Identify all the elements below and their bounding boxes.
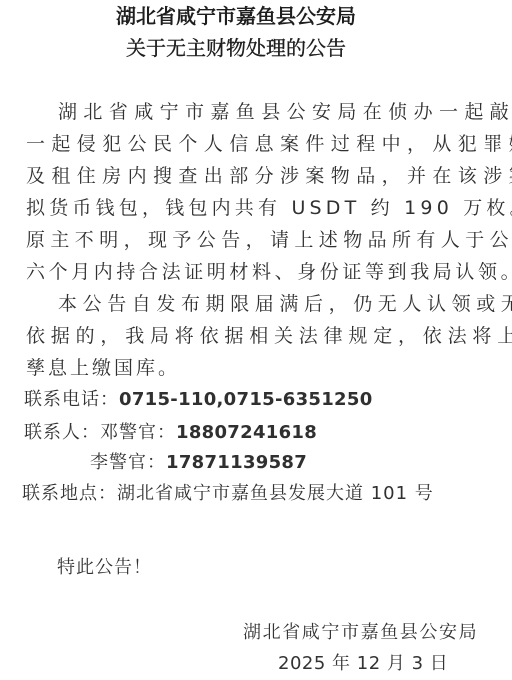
officer-phone: 18807241618 [176,422,317,443]
contact-person-2: 李警官：17871139587 [90,451,307,475]
notice-issuer-title: 湖北省咸宁市嘉鱼县公安局 [0,4,472,28]
closing-text: 特此公告！ [57,556,152,580]
paragraph-line: 原主不明，现予公告，请上述物品所有人于公告发布之日起， [26,228,512,252]
contact-address-value: 湖北省咸宁市嘉鱼县发展大道 101 号 [117,483,434,504]
officer-phone: 17871139587 [166,452,307,473]
contact-phone-value: 0715-110,0715-6351250 [119,389,373,410]
paragraph-line: 依据的，我局将依据相关法律规定，依法将上述涉案物品及 [26,324,512,348]
paragraph-line: 六个月内持合法证明材料、身份证等到我局认领。 [26,260,512,284]
paragraph-line: 湖北省咸宁市嘉鱼县公安局在侦办一起敲诈勒索案和 [58,100,512,124]
paragraph-line: 及租住房内搜查出部分涉案物品，并在该涉案物品中发现虚 [26,164,512,188]
signature-date: 2025 年 12 月 3 日 [278,652,448,676]
paragraph-line: 孳息上缴国库。 [26,356,180,380]
officer-name: 李警官： [90,452,166,473]
contact-address: 联系地点：湖北省咸宁市嘉鱼县发展大道 101 号 [22,482,434,506]
signature-issuer: 湖北省咸宁市嘉鱼县公安局 [243,621,478,645]
contact-phone-label: 联系电话： [24,389,119,410]
officer-name: 邓警官： [100,422,176,443]
contact-address-label: 联系地点： [22,483,117,504]
paragraph-line: 一起侵犯公民个人信息案件过程中，从犯罪嫌疑人曾某家中 [26,132,512,156]
paragraph-line: 本公告自发布期限届满后，仍无人认领或无法提供合法 [58,292,512,316]
notice-subject-title: 关于无主财物处理的公告 [0,36,472,60]
contact-person-label: 联系人： [24,422,100,443]
contact-person-1: 联系人：邓警官：18807241618 [24,421,317,445]
paragraph-line: 拟货币钱包，钱包内共有 USDT 约 190 万枚。上述物品目前 [26,196,512,220]
contact-phone: 联系电话：0715-110,0715-6351250 [24,388,373,412]
